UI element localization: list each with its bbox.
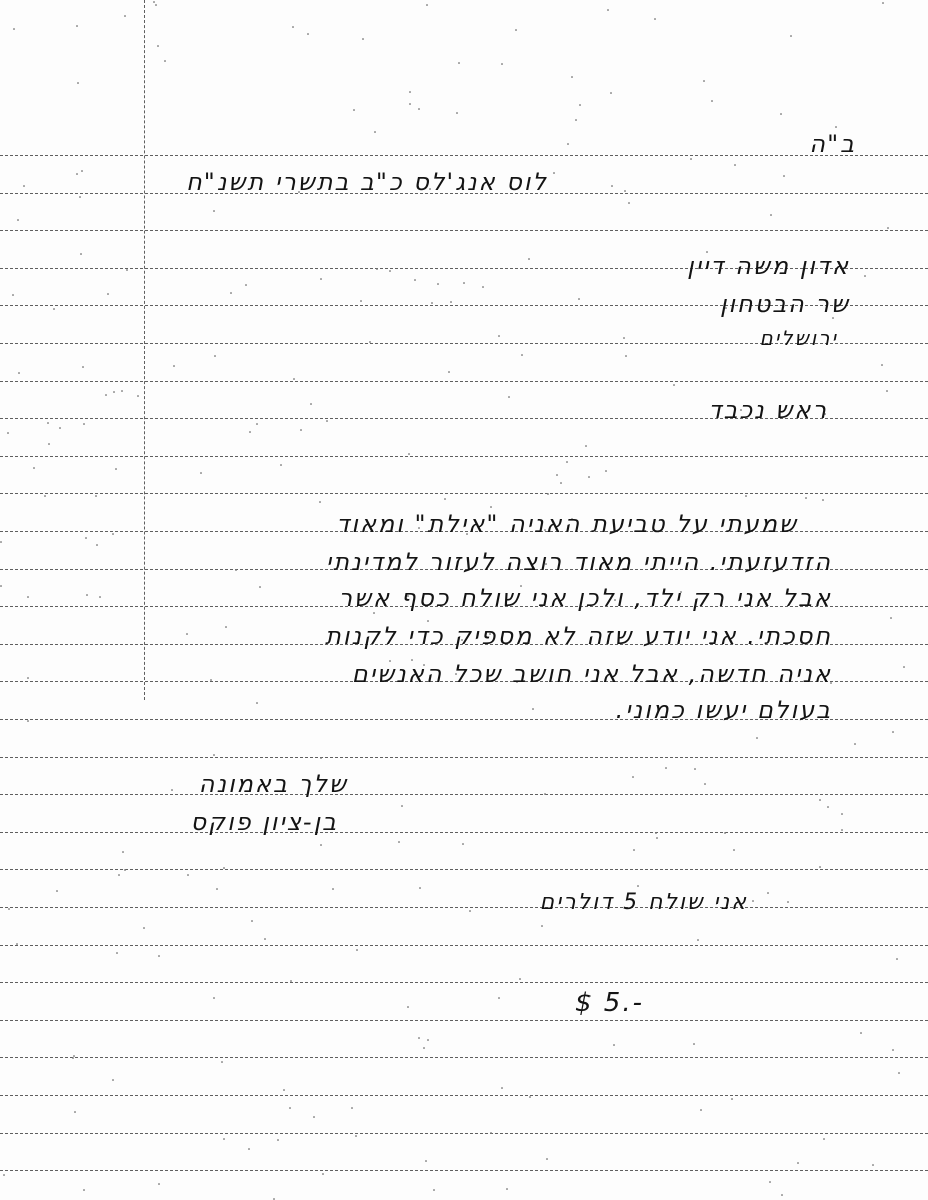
speck — [83, 423, 85, 425]
speck — [122, 851, 124, 853]
speck — [770, 214, 772, 216]
speck — [16, 943, 18, 945]
speck — [322, 1173, 324, 1175]
speck — [498, 335, 500, 337]
speck — [48, 443, 50, 445]
speck — [351, 1107, 353, 1109]
speck — [515, 29, 517, 31]
speck — [632, 776, 634, 778]
speck — [610, 92, 612, 94]
speck — [529, 1096, 531, 1098]
speck — [605, 470, 607, 472]
ruled-line — [0, 1133, 928, 1134]
speck — [628, 202, 630, 204]
speck — [780, 113, 782, 115]
speck — [506, 1188, 508, 1190]
speck — [864, 275, 866, 277]
speck — [892, 731, 894, 733]
speck — [458, 62, 460, 64]
speck — [704, 783, 706, 785]
speck — [112, 533, 114, 535]
speck — [450, 301, 452, 303]
speck — [105, 394, 107, 396]
speck — [872, 1164, 874, 1166]
speck — [374, 131, 376, 133]
speck — [80, 253, 82, 255]
header-mark: ב"ה — [809, 132, 856, 156]
speck — [320, 844, 322, 846]
speck — [752, 900, 754, 902]
speck — [95, 495, 97, 497]
speck — [407, 1006, 409, 1008]
speck — [769, 1181, 771, 1183]
ruled-line — [0, 794, 928, 795]
place-and-date: לוס אנג'לס כ"ב בתשרי תשנ"ח — [186, 170, 548, 194]
speck — [656, 837, 658, 839]
speck — [307, 33, 309, 35]
speck — [124, 15, 126, 17]
speck — [12, 294, 14, 296]
speck — [423, 1047, 425, 1049]
speck — [153, 1, 155, 3]
ruled-line — [0, 1020, 928, 1021]
speck — [892, 1049, 894, 1051]
speck — [360, 300, 362, 302]
speck — [77, 82, 79, 84]
speck — [482, 286, 484, 288]
speck — [890, 617, 892, 619]
speck — [280, 464, 282, 466]
speck — [137, 395, 139, 397]
ruled-line — [0, 907, 928, 908]
speck — [121, 390, 123, 392]
ruled-line — [0, 155, 928, 156]
speck — [398, 841, 400, 843]
speck — [519, 978, 521, 980]
speck — [85, 537, 87, 539]
speck — [223, 867, 225, 869]
speck — [225, 626, 227, 628]
speck — [82, 366, 84, 368]
speck — [157, 45, 159, 47]
speck — [13, 28, 15, 30]
speck — [613, 1044, 615, 1046]
speck — [112, 1079, 114, 1081]
speck — [882, 2, 884, 4]
speck — [501, 1087, 503, 1089]
ruled-line — [0, 1170, 928, 1171]
speck — [822, 499, 824, 501]
speck — [734, 164, 736, 166]
speck — [171, 789, 173, 791]
speck — [860, 1032, 862, 1034]
speck — [326, 420, 328, 422]
speck — [27, 720, 29, 722]
speck — [690, 158, 692, 160]
speck — [290, 980, 292, 982]
speck — [213, 997, 215, 999]
speck — [116, 952, 118, 954]
speck — [369, 341, 371, 343]
speck — [444, 498, 446, 500]
speck — [544, 793, 546, 795]
speck — [143, 927, 145, 929]
speck — [8, 908, 10, 910]
speck — [210, 679, 212, 681]
speck — [711, 100, 713, 102]
speck — [264, 938, 266, 940]
speck — [903, 666, 905, 668]
speck — [33, 467, 35, 469]
speck — [463, 282, 465, 284]
speck — [213, 754, 215, 756]
speck — [158, 1183, 160, 1185]
speck — [187, 874, 189, 876]
speck — [607, 9, 609, 11]
ruled-line — [0, 1057, 928, 1058]
speck — [854, 743, 856, 745]
speck — [819, 799, 821, 801]
speck — [83, 1189, 85, 1191]
speck — [155, 4, 157, 6]
speck — [310, 403, 312, 405]
speck — [362, 38, 364, 40]
body-line-5: אניה חדשה, אבל אני חושב שכל האנשים — [352, 662, 832, 686]
speck — [401, 805, 403, 807]
speck — [823, 1138, 825, 1140]
speck — [96, 544, 98, 546]
speck — [256, 702, 258, 704]
speck — [881, 364, 883, 366]
speck — [248, 1148, 250, 1150]
speck — [654, 18, 656, 20]
speck — [107, 293, 109, 295]
speck — [546, 1158, 548, 1160]
speck — [259, 586, 261, 588]
speck — [579, 104, 581, 106]
speck — [886, 390, 888, 392]
speck — [23, 185, 25, 187]
speck — [560, 482, 562, 484]
speck — [835, 126, 837, 128]
speck — [733, 849, 735, 851]
speck — [113, 391, 115, 393]
speck — [633, 849, 635, 851]
speck — [56, 890, 58, 892]
speck — [827, 806, 829, 808]
amount: $ 5.- — [575, 990, 644, 1016]
speck — [490, 1132, 492, 1134]
speck — [355, 1135, 357, 1137]
recipient-name: אדון משה דיין — [687, 254, 850, 278]
body-line-6: בעולם יעשו כמוני. — [616, 698, 832, 722]
speck — [553, 172, 555, 174]
speck — [790, 35, 792, 37]
speck — [230, 292, 232, 294]
closing: שלך באמונה — [199, 772, 348, 796]
speck — [3, 1174, 5, 1176]
ruled-line — [0, 230, 928, 231]
speck — [221, 1061, 223, 1063]
speck — [356, 949, 358, 951]
speck — [409, 103, 411, 105]
body-line-3: אבל אני רק ילד, ולכן אני שולח כסף אשר — [339, 586, 832, 610]
margin-line — [144, 0, 145, 700]
speck — [566, 461, 568, 463]
speck — [27, 596, 29, 598]
speck — [567, 143, 569, 145]
speck — [124, 869, 126, 871]
speck — [431, 302, 433, 304]
speck — [724, 832, 726, 834]
speck — [745, 495, 747, 497]
speck — [693, 1043, 695, 1045]
speck — [44, 495, 46, 497]
speck — [273, 1198, 275, 1200]
body-line-1: שמעתי על טביעת האניה "אילת" ומאוד — [336, 512, 798, 536]
speck — [0, 541, 2, 543]
speck — [703, 80, 705, 82]
speck — [624, 190, 626, 192]
speck — [585, 445, 587, 447]
speck — [655, 832, 657, 834]
ruled-line — [0, 945, 928, 946]
speck — [541, 925, 543, 927]
speck — [756, 737, 758, 739]
speck — [575, 119, 577, 121]
speck — [508, 396, 510, 398]
recipient-title: שר הבטחון — [720, 292, 850, 316]
speck — [694, 768, 696, 770]
speck — [86, 594, 88, 596]
ruled-line — [0, 869, 928, 870]
speck — [625, 355, 627, 357]
speck — [521, 354, 523, 356]
ruled-line — [0, 982, 928, 983]
speck — [501, 63, 503, 65]
letter-page: ב"ה לוס אנג'לס כ"ב בתשרי תשנ"ח אדון משה … — [0, 0, 928, 1200]
speck — [99, 596, 101, 598]
speck — [293, 378, 295, 380]
speck — [115, 468, 117, 470]
speck — [528, 258, 530, 260]
speck — [320, 757, 322, 759]
speck — [637, 885, 639, 887]
speck — [118, 874, 120, 876]
speck — [781, 1194, 783, 1196]
speck — [433, 1189, 435, 1191]
speck — [18, 372, 20, 374]
ruled-line — [0, 832, 928, 833]
speck — [819, 866, 821, 868]
ruled-line — [0, 381, 928, 382]
speck — [200, 472, 202, 474]
speck — [418, 1037, 420, 1039]
speck — [462, 843, 464, 845]
speck — [673, 384, 675, 386]
speck — [249, 431, 251, 433]
speck — [841, 813, 843, 815]
speck — [665, 767, 667, 769]
speck — [571, 76, 573, 78]
speck — [59, 427, 61, 429]
speck — [418, 108, 420, 110]
speck — [300, 429, 302, 431]
speck — [469, 910, 471, 912]
speck — [490, 506, 492, 508]
speck — [414, 279, 416, 281]
speck — [76, 25, 78, 27]
speck — [588, 476, 590, 478]
speck — [389, 270, 391, 272]
speck — [427, 1039, 429, 1041]
speck — [498, 997, 500, 999]
speck — [213, 210, 215, 212]
salutation: ראש נכבד — [709, 398, 829, 422]
speck — [245, 284, 247, 286]
speck — [319, 501, 321, 503]
speck — [623, 337, 625, 339]
speck — [0, 585, 2, 587]
speck — [223, 1138, 225, 1140]
speck — [456, 112, 458, 114]
speck — [158, 955, 160, 957]
speck — [787, 901, 789, 903]
speck — [437, 283, 439, 285]
speck — [448, 371, 450, 373]
ruled-line — [0, 456, 928, 457]
speck — [426, 4, 428, 6]
speck — [17, 219, 19, 221]
speck — [409, 91, 411, 93]
speck — [7, 432, 9, 434]
speck — [578, 298, 580, 300]
speck — [216, 888, 218, 890]
speck — [126, 269, 128, 271]
speck — [408, 453, 410, 455]
speck — [731, 1098, 733, 1100]
speck — [896, 958, 898, 960]
speck — [256, 423, 258, 425]
speck — [353, 109, 355, 111]
speck — [47, 422, 49, 424]
signature: בן-ציון פוקס — [190, 810, 338, 834]
speck — [805, 497, 807, 499]
speck — [235, 569, 237, 571]
body-line-4: חסכתי. אני יודע שזה לא מספיק כדי לקנות — [325, 624, 832, 648]
speck — [283, 1089, 285, 1091]
speck — [700, 1109, 702, 1111]
speck — [81, 170, 83, 172]
ruled-line — [0, 1095, 928, 1096]
speck — [373, 612, 375, 614]
speck — [79, 196, 81, 198]
speck — [767, 892, 769, 894]
postscript: אני שולח 5 דולרים — [540, 892, 748, 914]
speck — [251, 920, 253, 922]
speck — [841, 829, 843, 831]
speck — [332, 888, 334, 890]
speck — [173, 365, 175, 367]
body-line-2: הזדעזעתי. הייתי מאוד רוצה לעזור למדינתי — [326, 550, 832, 574]
speck — [376, 268, 378, 270]
speck — [797, 1162, 799, 1164]
speck — [186, 633, 188, 635]
speck — [72, 1057, 74, 1059]
speck — [74, 1111, 76, 1113]
speck — [697, 939, 699, 941]
recipient-city: ירושלים — [760, 328, 839, 348]
speck — [277, 1139, 279, 1141]
speck — [419, 887, 421, 889]
speck — [164, 60, 166, 62]
speck — [425, 1160, 427, 1162]
speck — [53, 308, 55, 310]
speck — [27, 677, 29, 679]
speck — [783, 175, 785, 177]
speck — [898, 1072, 900, 1074]
speck — [547, 493, 549, 495]
speck — [289, 1107, 291, 1109]
ruled-line — [0, 757, 928, 758]
speck — [313, 1116, 315, 1118]
speck — [214, 355, 216, 357]
speck — [611, 185, 613, 187]
speck — [320, 278, 322, 280]
speck — [887, 227, 889, 229]
speck — [292, 26, 294, 28]
ruled-line — [0, 493, 928, 494]
speck — [556, 474, 558, 476]
speck — [532, 708, 534, 710]
speck — [76, 173, 78, 175]
